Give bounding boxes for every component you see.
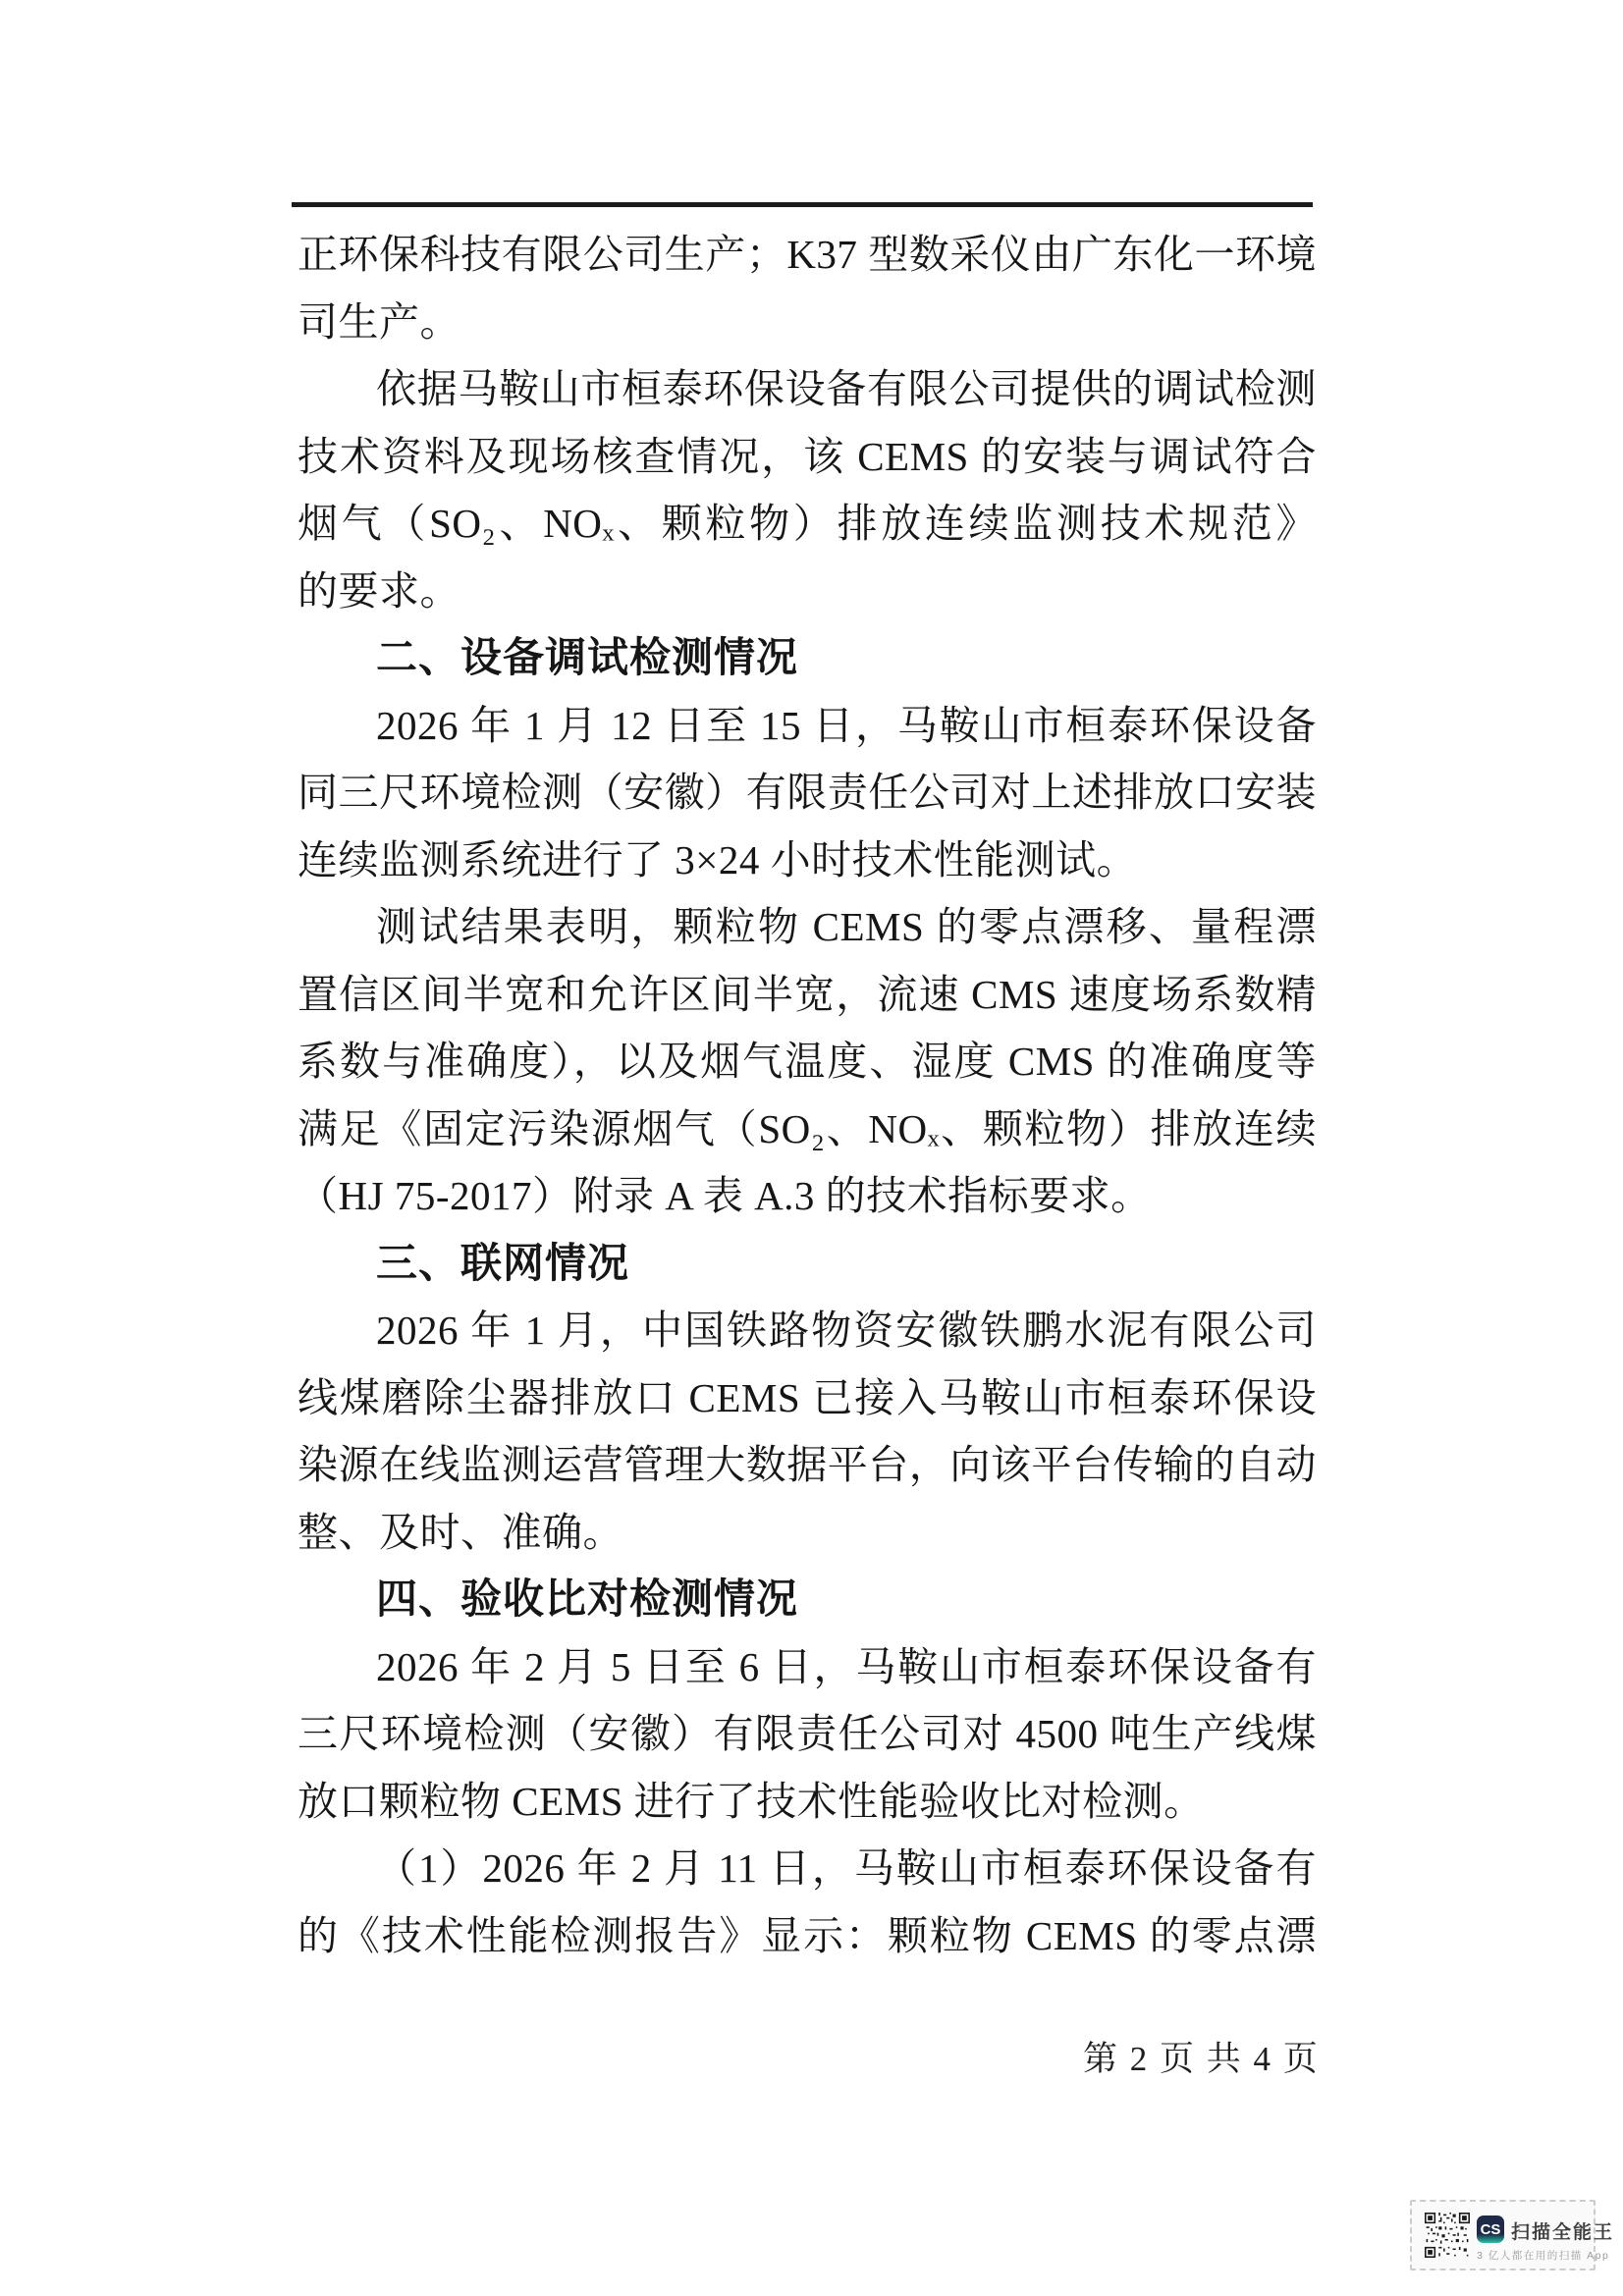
section-heading-2: 二、设备调试检测情况 (298, 624, 1317, 692)
camscanner-watermark: CS 扫描全能王 3 亿人都在用的扫描 App (1410, 2200, 1596, 2270)
text-line: 依据马鞍山市桓泰环保设备有限公司提供的调试检测报告、设备 (298, 355, 1317, 423)
header-rule (292, 202, 1313, 207)
text-line: 放口颗粒物 CEMS 进行了技术性能验收比对检测。 (298, 1768, 1317, 1836)
text-line: 正环保科技有限公司生产；K37 型数采仪由广东化一环境科技有限公 (298, 221, 1317, 289)
text-line: 测试结果表明，颗粒物 CEMS 的零点漂移、量程漂移、相关系数、 (298, 893, 1317, 961)
qr-code-icon (1425, 2212, 1470, 2259)
document-body: 正环保科技有限公司生产；K37 型数采仪由广东化一环境科技有限公 司生产。 依据… (298, 221, 1317, 1969)
text-line: 系数与准确度），以及烟气温度、湿度 CMS 的准确度等性能指标，均 (298, 1028, 1317, 1095)
text-line: 2026 年 1 月，中国铁路物资安徽铁鹏水泥有限公司 4500 吨生产 (298, 1297, 1317, 1364)
text-line: 三尺环境检测（安徽）有限责任公司对 4500 吨生产线煤磨除尘器排 (298, 1700, 1317, 1768)
text-line: 连续监测系统进行了 3×24 小时技术性能测试。 (298, 827, 1317, 894)
scanned-document-page: 正环保科技有限公司生产；K37 型数采仪由广东化一环境科技有限公 司生产。 依据… (0, 0, 1623, 2296)
text-line: （1）2026 年 2 月 11 日，马鞍山市桓泰环保设备有限公司出具 (298, 1835, 1317, 1902)
text-line: 满足《固定污染源烟气（SO₂、NOₓ、颗粒物）排放连续监测技术规范》 (298, 1095, 1317, 1163)
watermark-app-name: 扫描全能王 (1511, 2217, 1614, 2244)
text-line: （HJ 75-2017）附录 A 表 A.3 的技术指标要求。 (298, 1162, 1317, 1230)
watermark-tagline: 3 亿人都在用的扫描 App (1477, 2248, 1609, 2263)
text-line: 2026 年 2 月 5 日至 6 日，马鞍山市桓泰环保设备有限公司会同 (298, 1633, 1317, 1701)
text-line: 烟气（SO₂、NOₓ、颗粒物）排放连续监测技术规范》（HJ 75-2017） (298, 490, 1317, 558)
text-line: 同三尺环境检测（安徽）有限责任公司对上述排放口安装的烟气排放 (298, 759, 1317, 827)
text-line: 2026 年 1 月 12 日至 15 日，马鞍山市桓泰环保设备有限公司会 (298, 692, 1317, 760)
text-line: 染源在线监测运营管理大数据平台，向该平台传输的自动监测数据完 (298, 1431, 1317, 1499)
text-line: 线煤磨除尘器排放口 CEMS 已接入马鞍山市桓泰环保设备有限公司污 (298, 1364, 1317, 1432)
text-line: 技术资料及现场核查情况，该 CEMS 的安装与调试符合《固定污染源 (298, 423, 1317, 491)
text-line: 司生产。 (298, 289, 1317, 356)
section-heading-4: 四、验收比对检测情况 (298, 1566, 1317, 1633)
text-line: 的要求。 (298, 558, 1317, 625)
text-line: 置信区间半宽和允许区间半宽，流速 CMS 速度场系数精密度（或相关 (298, 961, 1317, 1029)
text-line: 整、及时、准确。 (298, 1499, 1317, 1567)
camscanner-logo-icon: CS (1477, 2216, 1504, 2243)
section-heading-3: 三、联网情况 (298, 1230, 1317, 1298)
text-line: 的《技术性能检测报告》显示：颗粒物 CEMS 的零点漂移、量程漂移 (298, 1902, 1317, 1970)
page-number: 第 2 页 共 4 页 (1083, 2032, 1320, 2081)
